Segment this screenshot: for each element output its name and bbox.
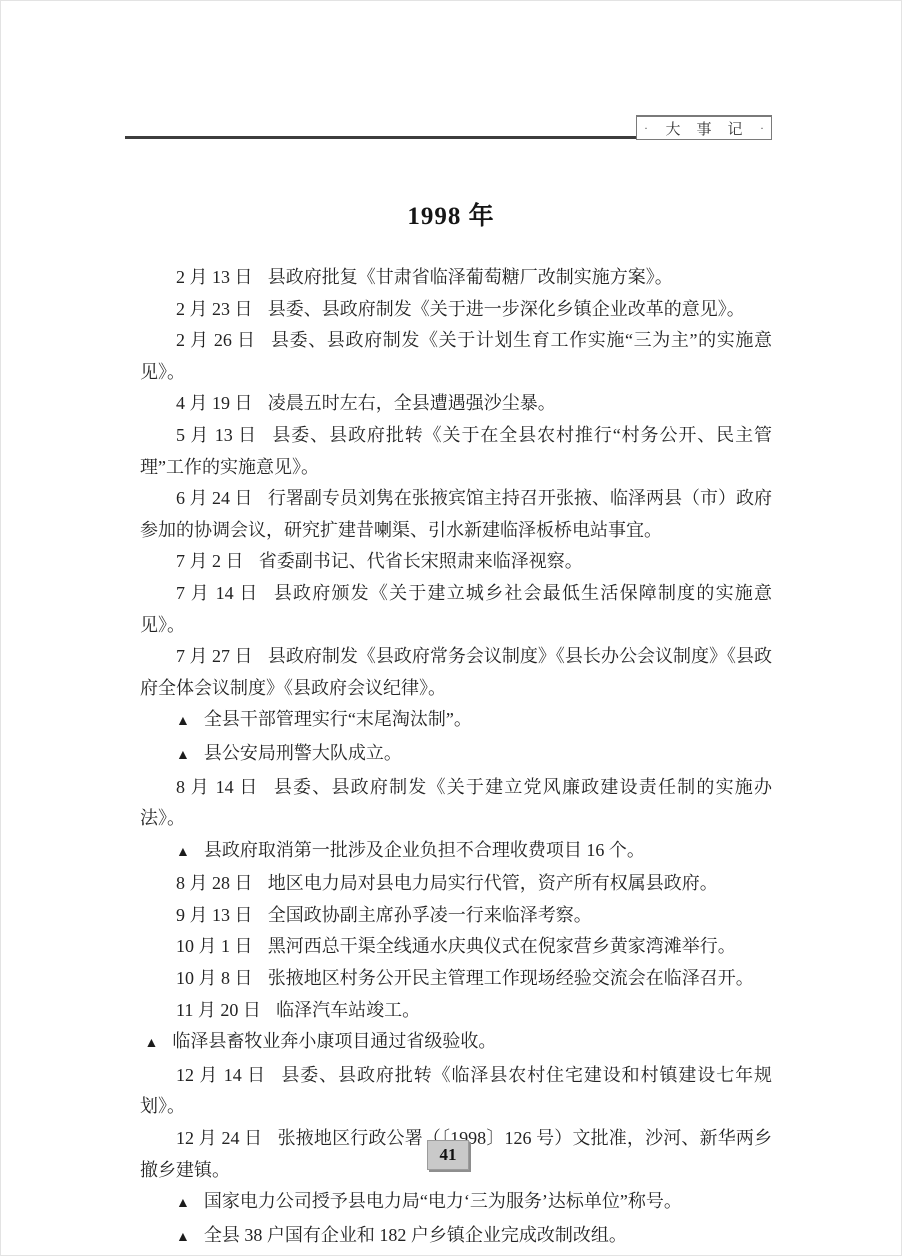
- entries-list: 2 月 13 日县政府批复《甘肃省临泽葡萄糖厂改制实施方案》。 2 月 23 日…: [140, 262, 772, 1253]
- chronicle-entry: 7 月 14 日县政府颁发《关于建立城乡社会最低生活保障制度的实施意见》。: [140, 578, 772, 641]
- page-number-badge: 41: [427, 1140, 469, 1170]
- entry-date: 10 月 1 日: [176, 936, 268, 956]
- chronicle-entry: ▲县公安局刑警大队成立。: [140, 738, 772, 772]
- year-title: 1998 年: [0, 196, 902, 232]
- entry-date: 2 月 23 日: [176, 299, 268, 319]
- entry-date: 10 月 8 日: [176, 968, 268, 988]
- header-title: 大事记: [665, 118, 758, 139]
- chronicle-entry: ▲县政府取消第一批涉及企业负担不合理收费项目 16 个。: [140, 835, 772, 869]
- entry-marker-icon: ▲: [176, 748, 204, 763]
- entry-text: 省委副书记、代省长宋照肃来临泽视察。: [259, 551, 583, 571]
- chronicle-entry: 2 月 23 日县委、县政府制发《关于进一步深化乡镇企业改革的意见》。: [140, 294, 772, 326]
- chronicle-entry: ▲临泽县畜牧业奔小康项目通过省级验收。: [140, 1026, 772, 1060]
- chronicle-entry: 4 月 19 日凌晨五时左右，全县遭遇强沙尘暴。: [140, 388, 772, 420]
- entry-date: 4 月 19 日: [176, 393, 268, 413]
- chronicle-page: · 大事记 · 1998 年 2 月 13 日县政府批复《甘肃省临泽葡萄糖厂改制…: [0, 0, 902, 1256]
- entry-date: 2 月 13 日: [176, 267, 268, 287]
- chronicle-entry: 5 月 13 日县委、县政府批转《关于在全县农村推行“村务公开、民主管理”工作的…: [140, 420, 772, 483]
- entry-date: 12 月 24 日: [176, 1128, 278, 1148]
- entry-date: 12 月 14 日: [176, 1065, 281, 1085]
- entry-text: 县政府取消第一批涉及企业负担不合理收费项目 16 个。: [204, 840, 645, 860]
- entry-date: 9 月 13 日: [176, 905, 268, 925]
- chronicle-entry: 12 月 14 日县委、县政府批转《临泽县农村住宅建设和村镇建设七年规划》。: [140, 1060, 772, 1123]
- header-dot-left: ·: [644, 122, 648, 134]
- entry-marker-icon: ▲: [176, 714, 204, 729]
- chronicle-entry: 6 月 24 日行署副专员刘隽在张掖宾馆主持召开张掖、临泽两县（市）政府参加的协…: [140, 483, 772, 546]
- entry-date: 8 月 28 日: [176, 873, 268, 893]
- header-rule: [125, 136, 665, 139]
- header-box: · 大事记 ·: [636, 115, 772, 140]
- entry-date: 7 月 14 日: [176, 583, 274, 603]
- entry-date: 7 月 2 日: [176, 551, 259, 571]
- entry-text: 县公安局刑警大队成立。: [204, 743, 402, 763]
- entry-date: 5 月 13 日: [176, 425, 272, 445]
- entry-text: 张掖地区村务公开民主管理工作现场经验交流会在临泽召开。: [268, 968, 754, 988]
- entry-text: 县委、县政府制发《关于进一步深化乡镇企业改革的意见》。: [268, 299, 745, 319]
- entry-text: 全县 38 户国有企业和 182 户乡镇企业完成改制改组。: [204, 1225, 627, 1245]
- entry-text: 黑河西总干渠全线通水庆典仪式在倪家营乡黄家湾滩举行。: [268, 936, 736, 956]
- entry-text: 地区电力局对县电力局实行代管，资产所有权属县政府。: [268, 873, 718, 893]
- entry-date: 8 月 14 日: [176, 777, 274, 797]
- entry-date: 2 月 26 日: [176, 330, 271, 350]
- entry-marker-icon: ▲: [176, 1230, 204, 1245]
- chronicle-entry: 7 月 27 日县政府制发《县政府常务会议制度》《县长办公会议制度》《县政府全体…: [140, 641, 772, 704]
- entry-date: 7 月 27 日: [176, 646, 268, 666]
- header-dot-right: ·: [760, 122, 764, 134]
- entry-text: 全国政协副主席孙孚凌一行来临泽考察。: [268, 905, 592, 925]
- chronicle-entry: 2 月 26 日县委、县政府制发《关于计划生育工作实施“三为主”的实施意见》。: [140, 325, 772, 388]
- chronicle-entry: ▲全县干部管理实行“末尾淘汰制”。: [140, 704, 772, 738]
- entry-text: 临泽县畜牧业奔小康项目通过省级验收。: [172, 1031, 496, 1051]
- chronicle-entry: 9 月 13 日全国政协副主席孙孚凌一行来临泽考察。: [140, 900, 772, 932]
- chronicle-entry: 10 月 1 日黑河西总干渠全线通水庆典仪式在倪家营乡黄家湾滩举行。: [140, 931, 772, 963]
- entry-marker-icon: ▲: [176, 845, 204, 860]
- entry-text: 凌晨五时左右，全县遭遇强沙尘暴。: [268, 393, 556, 413]
- entry-text: 全县干部管理实行“末尾淘汰制”。: [204, 709, 472, 729]
- chronicle-entry: ▲全县 38 户国有企业和 182 户乡镇企业完成改制改组。: [140, 1220, 772, 1254]
- entry-marker-icon: ▲: [145, 1036, 173, 1051]
- chronicle-entry: 7 月 2 日省委副书记、代省长宋照肃来临泽视察。: [140, 546, 772, 578]
- chronicle-entry: 11 月 20 日临泽汽车站竣工。: [140, 995, 772, 1027]
- chronicle-entry: 10 月 8 日张掖地区村务公开民主管理工作现场经验交流会在临泽召开。: [140, 963, 772, 995]
- chronicle-entry: 2 月 13 日县政府批复《甘肃省临泽葡萄糖厂改制实施方案》。: [140, 262, 772, 294]
- entry-text: 县政府批复《甘肃省临泽葡萄糖厂改制实施方案》。: [268, 267, 673, 287]
- page-number: 41: [440, 1145, 457, 1165]
- entry-text: 临泽汽车站竣工。: [276, 1000, 420, 1020]
- chronicle-entry: ▲国家电力公司授予县电力局“电力‘三为服务’达标单位”称号。: [140, 1186, 772, 1220]
- chronicle-entry: 8 月 14 日县委、县政府制发《关于建立党风廉政建设责任制的实施办法》。: [140, 772, 772, 835]
- entry-marker-icon: ▲: [176, 1196, 204, 1211]
- entry-text: 国家电力公司授予县电力局“电力‘三为服务’达标单位”称号。: [204, 1191, 682, 1211]
- entry-date: 11 月 20 日: [176, 1000, 276, 1020]
- chronicle-entry: 8 月 28 日地区电力局对县电力局实行代管，资产所有权属县政府。: [140, 868, 772, 900]
- entry-date: 6 月 24 日: [176, 488, 268, 508]
